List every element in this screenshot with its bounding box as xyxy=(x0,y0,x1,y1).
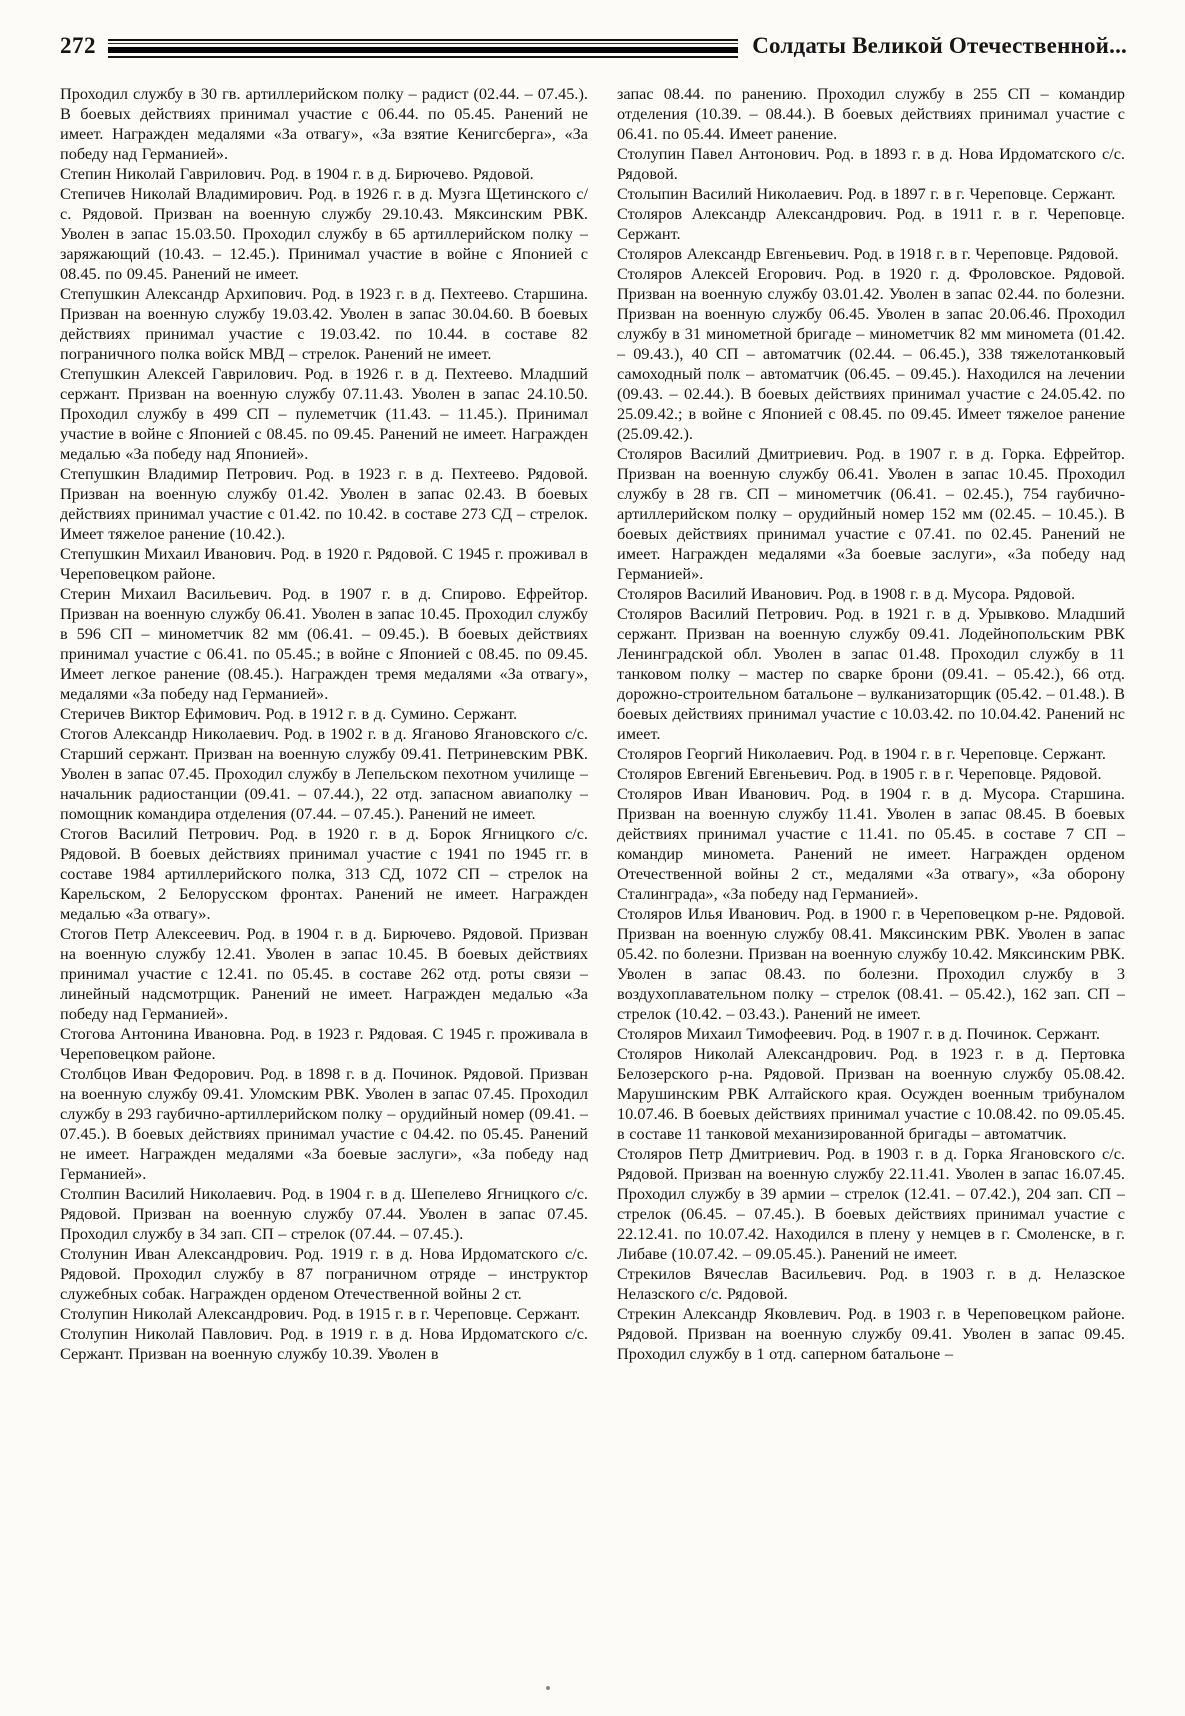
text-columns: Проходил службу в 30 гв. артиллерийском … xyxy=(0,66,1185,1364)
entry-paragraph: Столяров Иван Иванович. Род. в 1904 г. в… xyxy=(617,784,1125,904)
entry-paragraph: запас 08.44. по ранению. Проходил службу… xyxy=(617,84,1125,144)
entry-paragraph: Столунин Иван Александрович. Род. 1919 г… xyxy=(60,1244,588,1304)
entry-paragraph: Столыпин Василий Николаевич. Род. в 1897… xyxy=(617,184,1125,204)
entry-paragraph: Столупин Павел Антонович. Род. в 1893 г.… xyxy=(617,144,1125,184)
entry-paragraph: Степичев Николай Владимирович. Род. в 19… xyxy=(60,184,588,284)
running-title: Солдаты Великой Отечественной... xyxy=(752,33,1127,59)
entry-paragraph: Столупин Николай Павлович. Род. в 1919 г… xyxy=(60,1324,588,1364)
entry-paragraph: Столяров Василий Иванович. Род. в 1908 г… xyxy=(617,584,1125,604)
entry-paragraph: Столпин Василий Николаевич. Род. в 1904 … xyxy=(60,1184,588,1244)
entry-paragraph: Стрекин Александр Яковлевич. Род. в 1903… xyxy=(617,1304,1125,1364)
rule-band xyxy=(108,47,738,53)
rule-line xyxy=(108,43,738,44)
scan-speck xyxy=(546,1686,550,1690)
entry-paragraph: Стеричев Виктор Ефимович. Род. в 1912 г.… xyxy=(60,704,588,724)
entry-paragraph: Стрекилов Вячеслав Васильевич. Род. в 19… xyxy=(617,1264,1125,1304)
entry-paragraph: Столяров Петр Дмитриевич. Род. в 1903 г.… xyxy=(617,1144,1125,1264)
entry-paragraph: Степушкин Михаил Иванович. Род. в 1920 г… xyxy=(60,544,588,584)
entry-paragraph: Стогов Петр Алексеевич. Род. в 1904 г. в… xyxy=(60,924,588,1024)
book-page: 272 Солдаты Великой Отечественной... Про… xyxy=(0,0,1185,1716)
entry-paragraph: Стогова Антонина Ивановна. Род. в 1923 г… xyxy=(60,1024,588,1064)
entry-paragraph: Степушкин Владимир Петрович. Род. в 1923… xyxy=(60,464,588,544)
rule-line xyxy=(108,56,738,58)
entry-paragraph: Степушкин Александр Архипович. Род. в 19… xyxy=(60,284,588,364)
header-rule xyxy=(108,39,738,58)
entry-paragraph: Столяров Михаил Тимофеевич. Род. в 1907 … xyxy=(617,1024,1125,1044)
entry-paragraph: Столяров Георгий Николаевич. Род. в 1904… xyxy=(617,744,1125,764)
left-column: Проходил службу в 30 гв. артиллерийском … xyxy=(60,84,588,1364)
entry-paragraph: Столяров Илья Иванович. Род. в 1900 г. в… xyxy=(617,904,1125,1024)
entry-paragraph: Степин Николай Гаврилович. Род. в 1904 г… xyxy=(60,164,588,184)
right-column: запас 08.44. по ранению. Проходил службу… xyxy=(617,84,1125,1364)
entry-paragraph: Столяров Алексей Егорович. Род. в 1920 г… xyxy=(617,264,1125,444)
page-header: 272 Солдаты Великой Отечественной... xyxy=(0,0,1185,66)
entry-paragraph: Столяров Василий Петрович. Род. в 1921 г… xyxy=(617,604,1125,744)
entry-paragraph: Столяров Евгений Евгеньевич. Род. в 1905… xyxy=(617,764,1125,784)
entry-paragraph: Стерин Михаил Васильевич. Род. в 1907 г.… xyxy=(60,584,588,704)
entry-paragraph: Столупин Николай Александрович. Род. в 1… xyxy=(60,1304,588,1324)
rule-line xyxy=(108,39,738,41)
entry-paragraph: Степушкин Алексей Гаврилович. Род. в 192… xyxy=(60,364,588,464)
entry-paragraph: Столяров Николай Александрович. Род. в 1… xyxy=(617,1044,1125,1144)
entry-paragraph: Стогов Василий Петрович. Род. в 1920 г. … xyxy=(60,824,588,924)
entry-paragraph: Столяров Александр Александрович. Род. в… xyxy=(617,204,1125,244)
entry-paragraph: Столяров Василий Дмитриевич. Род. в 1907… xyxy=(617,444,1125,584)
entry-paragraph: Проходил службу в 30 гв. артиллерийском … xyxy=(60,84,588,164)
entry-paragraph: Столбцов Иван Федорович. Род. в 1898 г. … xyxy=(60,1064,588,1184)
entry-paragraph: Столяров Александр Евгеньевич. Род. в 19… xyxy=(617,244,1125,264)
entry-paragraph: Стогов Александр Николаевич. Род. в 1902… xyxy=(60,724,588,824)
page-number: 272 xyxy=(60,33,96,59)
